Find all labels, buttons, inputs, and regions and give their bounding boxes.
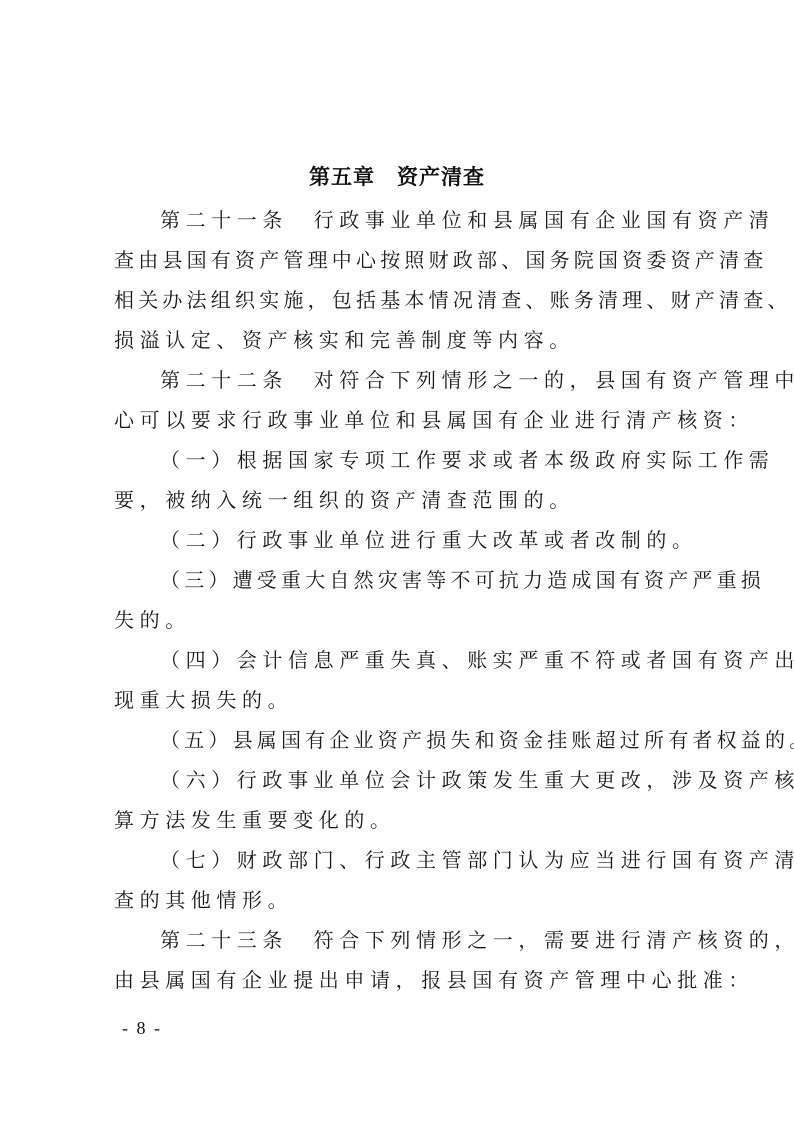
item-4-line-2: 现重大损失的。 bbox=[114, 680, 682, 720]
article-22-line-1: 第二十二条 对符合下列情形之一的，县国有资产管理中 bbox=[114, 360, 682, 400]
article-21-line-3: 相关办法组织实施，包括基本情况清查、账务清理、财产清查、 bbox=[114, 280, 682, 320]
article-21-line-1: 第二十一条 行政事业单位和县属国有企业国有资产清 bbox=[114, 200, 682, 240]
item-1-line-1: （一）根据国家专项工作要求或者本级政府实际工作需 bbox=[114, 440, 682, 480]
item-4-line-1: （四）会计信息严重失真、账实严重不符或者国有资产出 bbox=[114, 640, 682, 680]
document-page: 第五章资产清查 第二十一条 行政事业单位和县属国有企业国有资产清 查由县国有资产… bbox=[0, 0, 794, 1122]
article-22-line-2: 心可以要求行政事业单位和县属国有企业进行清产核资： bbox=[114, 400, 682, 440]
item-6-line-2: 算方法发生重要变化的。 bbox=[114, 800, 682, 840]
item-3-line-1: （三）遭受重大自然灾害等不可抗力造成国有资产严重损 bbox=[114, 560, 682, 600]
chapter-number: 第五章 bbox=[309, 165, 375, 189]
item-6-line-1: （六）行政事业单位会计政策发生重大更改，涉及资产核 bbox=[114, 760, 682, 800]
article-21-line-4: 损溢认定、资产核实和完善制度等内容。 bbox=[114, 320, 682, 360]
item-1-line-2: 要，被纳入统一组织的资产清查范围的。 bbox=[114, 480, 682, 520]
document-body: 第二十一条 行政事业单位和县属国有企业国有资产清 查由县国有资产管理中心按照财政… bbox=[114, 200, 682, 1000]
item-7-line-1: （七）财政部门、行政主管部门认为应当进行国有资产清 bbox=[114, 840, 682, 880]
page-number: - 8 - bbox=[122, 1016, 162, 1040]
item-2-line-1: （二）行政事业单位进行重大改革或者改制的。 bbox=[114, 520, 682, 560]
chapter-name: 资产清查 bbox=[397, 165, 485, 189]
item-3-line-2: 失的。 bbox=[114, 600, 682, 640]
item-7-line-2: 查的其他情形。 bbox=[114, 880, 682, 920]
chapter-title: 第五章资产清查 bbox=[0, 162, 794, 192]
item-5-line-1: （五）县属国有企业资产损失和资金挂账超过所有者权益的。 bbox=[114, 720, 682, 760]
article-23-line-2: 由县属国有企业提出申请，报县国有资产管理中心批准： bbox=[114, 960, 682, 1000]
article-23-line-1: 第二十三条 符合下列情形之一，需要进行清产核资的， bbox=[114, 920, 682, 960]
article-21-line-2: 查由县国有资产管理中心按照财政部、国务院国资委资产清查 bbox=[114, 240, 682, 280]
